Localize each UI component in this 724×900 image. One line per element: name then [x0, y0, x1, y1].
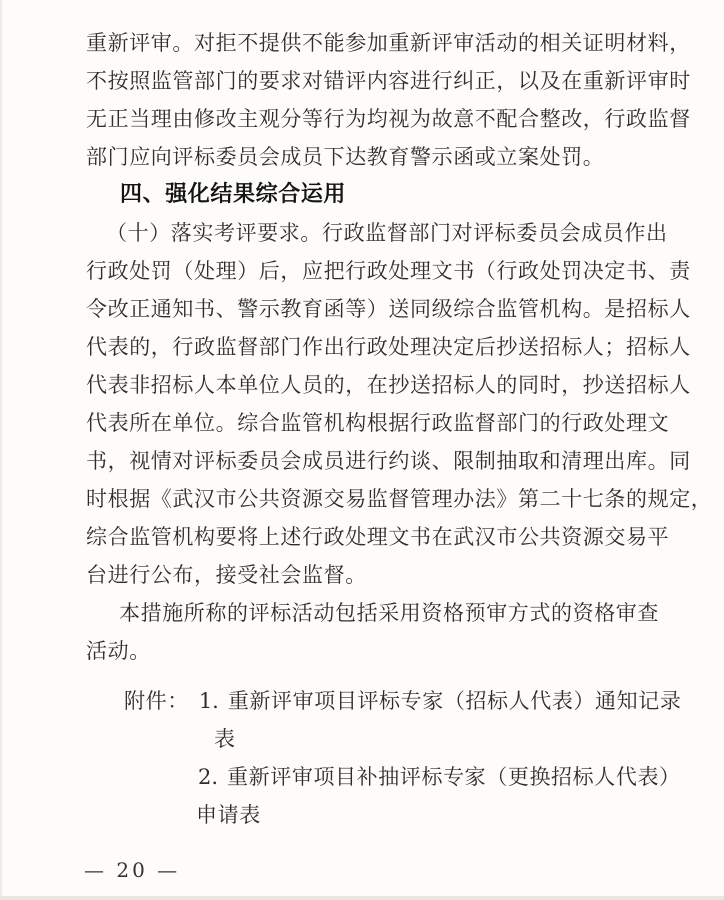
attachment-item-1: 附件：1.重新评审项目评标专家（招标人代表）通知记录	[86, 682, 686, 720]
scan-edge-bottom	[0, 896, 724, 900]
body-line: （十）落实考评要求。行政监督部门对评标委员会成员作出	[86, 214, 686, 252]
body-line: 活动。	[86, 632, 686, 670]
attachment-2-text: 重新评审项目补抽评标专家（更换招标人代表）	[227, 765, 681, 789]
body-line: 代表非招标人本单位人员的，在抄送招标人的同时，抄送招标人	[86, 366, 686, 404]
attachments-block: 附件：1.重新评审项目评标专家（招标人代表）通知记录 表 2.重新评审项目补抽评…	[86, 682, 686, 834]
attachment-2-number: 2.	[198, 765, 218, 789]
body-line: 台进行公布，接受社会监督。	[86, 556, 686, 594]
body-line: 综合监管机构要将上述行政处理文书在武汉市公共资源交易平	[86, 518, 686, 556]
scan-edge-left	[0, 0, 2, 900]
body-line: 不按照监管部门的要求对错评内容进行纠正，以及在重新评审时	[86, 62, 686, 100]
document-page: 重新评审。对拒不提供不能参加重新评审活动的相关证明材料， 不按照监管部门的要求对…	[0, 0, 724, 900]
body-line: 代表的，行政监督部门作出行政处理决定后抄送招标人；招标人	[86, 328, 686, 366]
document-body: 重新评审。对拒不提供不能参加重新评审活动的相关证明材料， 不按照监管部门的要求对…	[86, 24, 686, 670]
body-line: 本措施所称的评标活动包括采用资格预审方式的资格审查	[86, 594, 686, 632]
attachment-1-text: 重新评审项目评标专家（招标人代表）通知记录	[228, 689, 682, 713]
body-line: 代表所在单位。综合监管机构根据行政监督部门的行政处理文	[86, 404, 686, 442]
section-heading: 四、强化结果综合运用	[86, 176, 686, 214]
attachment-1-text-continued: 表	[86, 720, 686, 758]
body-line: 时根据《武汉市公共资源交易监督管理办法》第二十七条的规定，	[86, 480, 686, 518]
body-line: 令改正通知书、警示教育函等）送同级综合监管机构。是招标人	[86, 290, 686, 328]
body-line: 重新评审。对拒不提供不能参加重新评审活动的相关证明材料，	[86, 24, 686, 62]
attachment-item-2: 2.重新评审项目补抽评标专家（更换招标人代表）	[86, 758, 686, 796]
body-line: 部门应向评标委员会成员下达教育警示函或立案处罚。	[86, 138, 686, 176]
body-line: 书，视情对评标委员会成员进行约谈、限制抽取和清理出库。同	[86, 442, 686, 480]
attachment-2-text-continued: 申请表	[86, 796, 686, 834]
body-line: 行政处罚（处理）后，应把行政处理文书（行政处罚决定书、责	[86, 252, 686, 290]
body-line: 无正当理由修改主观分等行为均视为故意不配合整改，行政监督	[86, 100, 686, 138]
page-number: — 20 —	[84, 858, 180, 882]
attachment-1-number: 1.	[199, 689, 219, 713]
attachments-label: 附件：	[124, 689, 189, 713]
